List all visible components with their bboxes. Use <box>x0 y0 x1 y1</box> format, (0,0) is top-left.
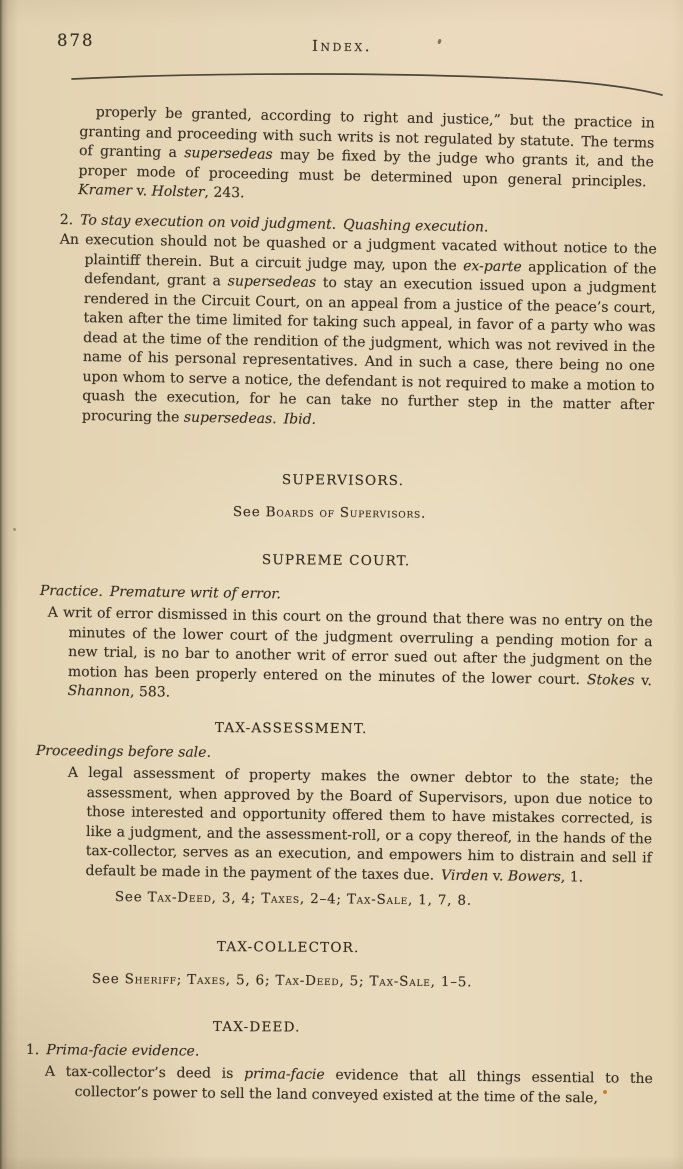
index-paragraph-virden-bowers: A legal assessment of property makes the… <box>85 764 652 888</box>
entry-1-heading: 1.Prima-facie evidence. <box>26 1041 683 1066</box>
index-paragraph-kramer-holster: properly be granted, according to right … <box>78 103 655 212</box>
entry-title: Prima-facie evidence. <box>46 1042 199 1059</box>
ink-speck <box>603 1090 607 1094</box>
section-heading-supervisors: SUPERVISORS. <box>282 470 683 493</box>
scanned-book-page: 878 Index. properly be granted, accordin… <box>0 0 683 1169</box>
cross-reference-tax-collector: See Sheriff; Taxes, 5, 6; Tax-Deed, 5; T… <box>92 970 683 995</box>
section-heading-tax-assessment: TAX-ASSESSMENT. <box>215 718 683 741</box>
index-paragraph-stokes-shannon: A writ of error dismissed in this court … <box>67 604 652 711</box>
cross-reference-supervisors: See Boards of Supervisors. <box>233 503 683 526</box>
section-heading-supreme-court: SUPREME COURT. <box>262 550 683 574</box>
ink-speck <box>13 528 16 531</box>
index-paragraph-tax-deed: A tax-collector’s deed is prima-facie ev… <box>75 1063 653 1109</box>
entry-number: 2. <box>60 211 74 227</box>
section-heading-tax-collector: TAX-COLLECTOR. <box>217 937 683 960</box>
index-paragraph-quashing-execution: An execution should not be quashed or a … <box>82 231 657 435</box>
index-page-body: properly be granted, according to right … <box>0 0 683 1102</box>
entry-number: 1. <box>26 1042 39 1058</box>
cross-reference-tax-assessment: See Tax-Deed, 3, 4; Taxes, 2–4; Tax-Sale… <box>115 888 683 913</box>
section-heading-tax-deed: TAX-DEED. <box>213 1017 683 1039</box>
